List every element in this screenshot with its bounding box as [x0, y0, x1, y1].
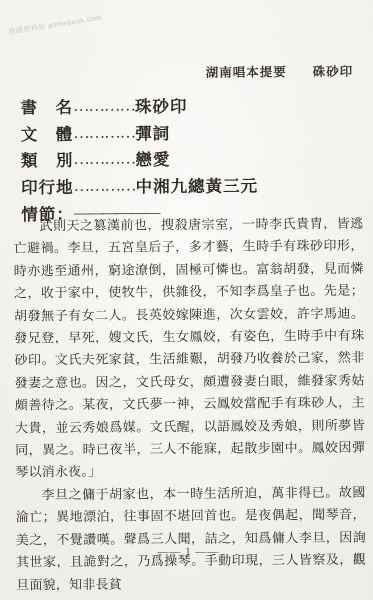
metadata-value: 珠砂印: [135, 97, 188, 116]
plot-paragraph-2: 李旦之傭于胡家也，本一時生活所迫，萬非得已。故國淪亡；異地漂泊，往事固不堪回首也…: [15, 481, 366, 596]
plot-synopsis: 武則天之篡漢前也，搜殺唐宗室，一時李氏貴胄，皆逃亡避禍。李旦，五宮皇后子，多才藝…: [13, 213, 366, 597]
metadata-value: 中湘九總黃三元: [136, 176, 259, 196]
running-header-entry-title: 硃砂印: [313, 65, 354, 79]
metadata-row-category: 類 別…………戀愛: [21, 146, 356, 175]
page-content: 湖南唱本提要硃砂印 書 名…………珠砂印 文 體…………彈詞 類 別…………戀愛…: [0, 0, 373, 600]
dot-leader: …………: [73, 148, 135, 167]
plot-paragraph-1: 武則天之篡漢前也，搜殺唐宗室，一時李氏貴胄，皆逃亡避禍。李旦，五宮皇后子，多才藝…: [13, 213, 365, 485]
metadata-label: 印行地: [21, 177, 74, 196]
metadata-value: 彈詞: [135, 124, 170, 143]
dot-leader: …………: [74, 175, 136, 194]
metadata-label: 文 體: [21, 124, 74, 143]
metadata-list: 書 名…………珠砂印 文 體…………彈詞 類 別…………戀愛 印行地…………中湘…: [20, 93, 356, 229]
dot-leader: …………: [73, 95, 135, 114]
metadata-label: 類 別: [21, 151, 74, 170]
metadata-row-publisher: 印行地…………中湘九總黃三元: [21, 172, 356, 201]
dot-leader: …………: [73, 122, 135, 141]
running-header: 湖南唱本提要硃砂印: [0, 62, 353, 83]
metadata-row-genre: 文 體…………彈詞: [21, 119, 356, 148]
metadata-value: 戀愛: [135, 150, 170, 169]
running-header-book-title: 湖南唱本提要: [206, 65, 287, 80]
metadata-row-book-name: 書 名…………珠砂印: [20, 93, 355, 122]
scanned-book-page: 戏剧资料站 atimebook.com 湖南唱本提要硃砂印 書 名…………珠砂印…: [0, 0, 373, 600]
metadata-label: 書 名: [20, 98, 73, 117]
